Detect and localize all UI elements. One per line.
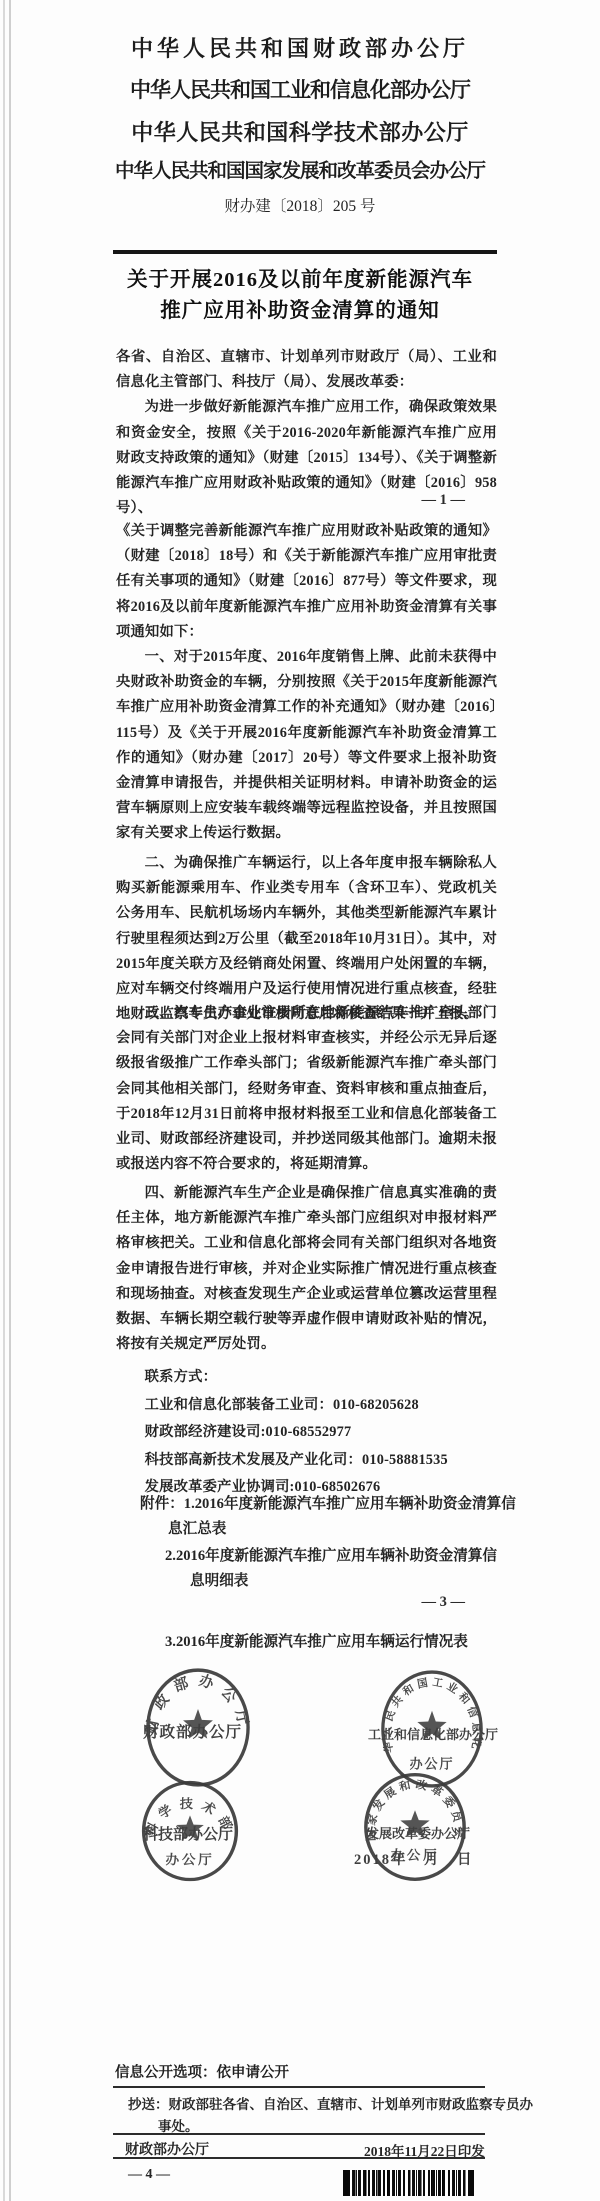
cc-line1: 抄送：财政部驻各省、自治区、直辖市、计划单列市财政监察专员办 xyxy=(128,2093,533,2113)
notice-title-line1: 关于开展2016及以前年度新能源汽车 xyxy=(0,262,600,292)
cc-line2: 事处。 xyxy=(158,2115,199,2135)
page-marker-1: — 1 — xyxy=(116,492,497,509)
issuing-office: 财政部办公厅 xyxy=(125,2139,209,2159)
contact-miit: 工业和信息化部装备工业司：010-68205628 xyxy=(116,1392,497,1420)
intro-paragraph-part2: 《关于调整完善新能源汽车推广应用财政补贴政策的通知》（财建〔2018〕18号）和… xyxy=(116,519,497,645)
seal-most-bottom-text: 办公厅 xyxy=(165,1851,214,1867)
footer-divider xyxy=(113,2086,485,2088)
signature-mof: 财政部办公厅 xyxy=(143,1720,242,1742)
scan-edge-line xyxy=(3,0,5,2201)
attachment-2-line2: 息明细表 xyxy=(190,1569,248,1590)
addressee-paragraph: 各省、自治区、直辖市、计划单列市财政厅（局）、工业和信息化主管部门、科技厅（局）… xyxy=(116,345,497,395)
contact-mof: 财政部经济建设司:010-68552977 xyxy=(116,1419,497,1447)
intro-paragraph-part2-block: 《关于调整完善新能源汽车推广应用财政补贴政策的通知》（财建〔2018〕18号）和… xyxy=(116,519,497,645)
item3-block: 三、汽车生产企业注册所在地新能源汽车推广牵头部门会同有关部门对企业上报材料审查核… xyxy=(116,1001,497,1177)
agency-line-miit: 中华人民共和国工业和信息化部办公厅 xyxy=(0,74,600,104)
attachment-3-line: 3.2016年度新能源汽车推广应用车辆运行情况表 xyxy=(165,1630,468,1651)
scan-edge-line xyxy=(9,0,11,2201)
page-marker-3: — 3 — xyxy=(116,1594,497,1611)
item1-block: 一、对于2015年度、2016年度销售上牌、此前未获得中央财政补助资金的车辆，分… xyxy=(116,645,497,847)
agency-line-mof: 中华人民共和国财政部办公厅 xyxy=(0,32,600,63)
agency-line-ndrc: 中华人民共和国国家发展和改革委员会办公厅 xyxy=(0,155,600,183)
agency-line-most: 中华人民共和国科学技术部办公厅 xyxy=(0,116,600,147)
disclosure-option: 信息公开选项：依申请公开 xyxy=(115,2061,289,2082)
item4-block: 四、新能源汽车生产企业是确保推广信息真实准确的责任主体，地方新能源汽车推广牵头部… xyxy=(116,1181,497,1357)
contact-most: 科技部高新技术发展及产业化司：010-58881535 xyxy=(116,1447,497,1475)
letterhead-rule xyxy=(113,250,497,254)
item1-paragraph: 一、对于2015年度、2016年度销售上牌、此前未获得中央财政补助资金的车辆，分… xyxy=(116,645,497,847)
contact-heading: 联系方式： xyxy=(116,1364,497,1392)
contacts-block: 联系方式： 工业和信息化部装备工业司：010-68205628 财政部经济建设司… xyxy=(116,1364,497,1502)
signature-most: 科技部办公厅 xyxy=(143,1823,233,1844)
footer-divider xyxy=(113,2133,485,2135)
item4-paragraph: 四、新能源汽车生产企业是确保推广信息真实准确的责任主体，地方新能源汽车推广牵头部… xyxy=(116,1181,497,1357)
issue-date: 2018年 月 日 xyxy=(354,1848,474,1869)
notice-title-line2: 推广应用补助资金清算的通知 xyxy=(0,293,600,323)
attachment-2-line1: 2.2016年度新能源汽车推广应用车辆补助资金清算信 xyxy=(165,1544,497,1565)
item3-paragraph: 三、汽车生产企业注册所在地新能源汽车推广牵头部门会同有关部门对企业上报材料审查核… xyxy=(116,1001,497,1177)
footer-divider xyxy=(113,2157,485,2159)
document-number: 财办建〔2018〕205 号 xyxy=(0,194,600,216)
barcode xyxy=(343,2170,474,2196)
attachment-1-line2: 息汇总表 xyxy=(168,1517,226,1538)
document-page: 中华人民共和国财政部办公厅 中华人民共和国工业和信息化部办公厅 中华人民共和国科… xyxy=(0,0,600,2201)
attachment-1-line1: 附件：1.2016年度新能源汽车推广应用车辆补助资金清算信 xyxy=(140,1492,516,1513)
seal-miit-bottom-text: 办公厅 xyxy=(410,1755,455,1771)
signature-ndrc: 发展改革委办公厅 xyxy=(366,1823,470,1842)
page-marker-4: — 4 — xyxy=(128,2167,170,2183)
signature-miit: 工业和信息化部办公厅 xyxy=(368,1724,498,1743)
